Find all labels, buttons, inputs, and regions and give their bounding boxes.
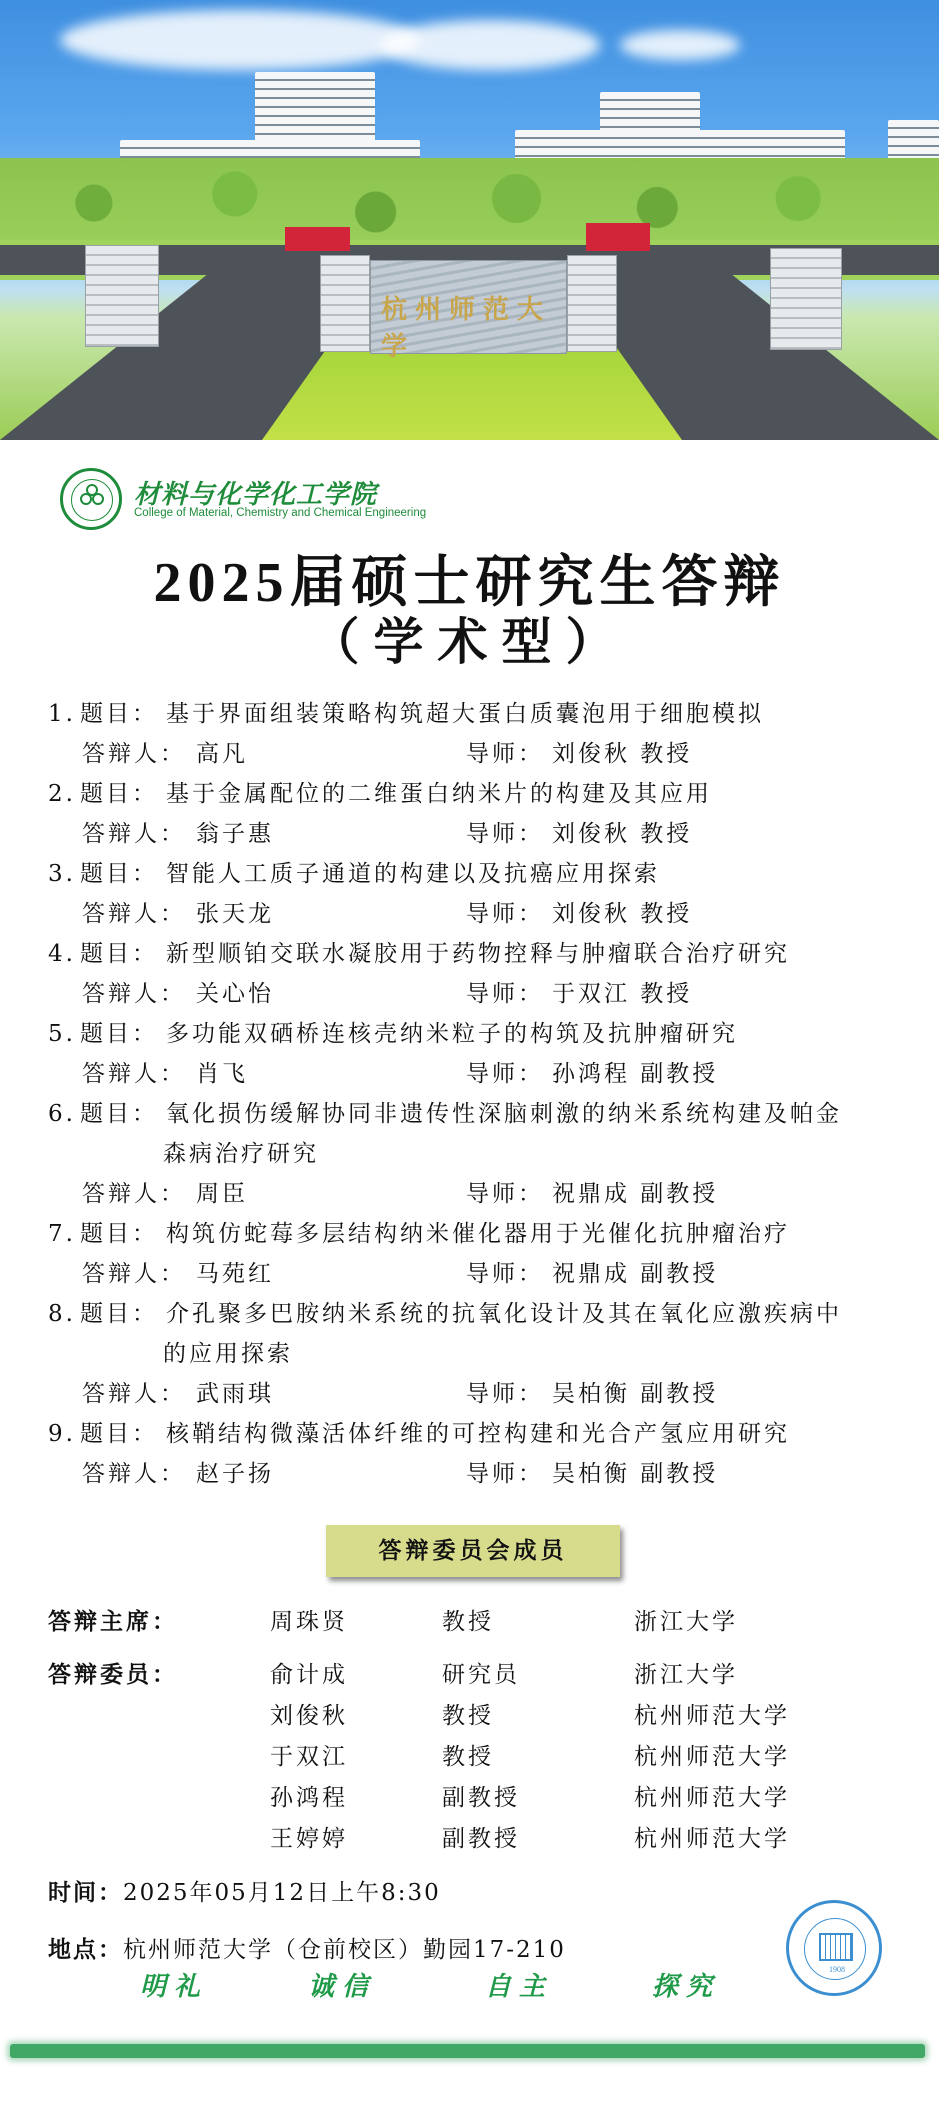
student-row: 答辩人： 马苑红 导师： 祝鼎成 副教授 xyxy=(0,1254,939,1294)
committee-member-row: 于双江 教授 杭州师范大学 xyxy=(0,1738,939,1776)
topic-label: 题目： xyxy=(80,1014,158,1054)
item-number: 4. xyxy=(48,934,76,974)
member-org: 杭州师范大学 xyxy=(634,1820,790,1858)
student-name: 张天龙 xyxy=(196,894,274,934)
committee-member-row: 刘俊秋 教授 杭州师范大学 xyxy=(0,1697,939,1735)
college-logo-rings-icon xyxy=(78,484,106,508)
topic-continuation-row: 的应用探索 xyxy=(0,1334,939,1374)
bottom-divider xyxy=(10,2044,925,2058)
topic-text: 介孔聚多巴胺纳米系统的抗氧化设计及其在氧化应激疾病中 xyxy=(166,1294,842,1334)
item-number: 8. xyxy=(48,1294,76,1334)
topic-label: 题目： xyxy=(80,774,158,814)
member-name: 俞计成 xyxy=(270,1656,348,1694)
member-name: 周珠贤 xyxy=(270,1603,348,1641)
topic-continuation-row: 森病治疗研究 xyxy=(0,1134,939,1174)
topic-text: 核鞘结构微藻活体纤维的可控构建和光合产氢应用研究 xyxy=(166,1414,790,1454)
place-label: 地点： xyxy=(48,1936,123,1963)
red-banner-left xyxy=(285,227,350,251)
chair-label: 答辩主席： xyxy=(48,1603,178,1641)
trees xyxy=(0,158,939,248)
student-label: 答辩人： xyxy=(82,1054,186,1094)
topic-row: 1. 题目： 基于界面组装策略构筑超大蛋白质囊泡用于细胞模拟 xyxy=(0,694,939,734)
topic-label: 题目： xyxy=(80,1214,158,1254)
advisor-label: 导师： xyxy=(466,1374,544,1414)
topic-label: 题目： xyxy=(80,1094,158,1134)
topic-text: 多功能双硒桥连核壳纳米粒子的构筑及抗肿瘤研究 xyxy=(166,1014,738,1054)
item-number: 5. xyxy=(48,1014,76,1054)
student-label: 答辩人： xyxy=(82,1254,186,1294)
committee-member-row: 答辩委员： 俞计成 研究员 浙江大学 xyxy=(0,1656,939,1694)
student-row: 答辩人： 高凡 导师： 刘俊秋 教授 xyxy=(0,734,939,774)
advisor-label: 导师： xyxy=(466,1454,544,1494)
seal-year: 1908 xyxy=(789,1965,885,1974)
topic-row: 8. 题目： 介孔聚多巴胺纳米系统的抗氧化设计及其在氧化应激疾病中 xyxy=(0,1294,939,1334)
item-number: 2. xyxy=(48,774,76,814)
item-number: 1. xyxy=(48,694,76,734)
advisor-name: 孙鸿程 副教授 xyxy=(552,1054,718,1094)
place-value: 杭州师范大学（仓前校区）勤园17-210 xyxy=(123,1937,566,1963)
advisor-name: 吴柏衡 副教授 xyxy=(552,1374,718,1414)
time-info: 时间：2025年05月12日上午8:30 xyxy=(48,1874,441,1907)
topic-label: 题目： xyxy=(80,854,158,894)
member-label: 答辩委员： xyxy=(48,1656,178,1694)
topic-row: 7. 题目： 构筑仿蛇莓多层结构纳米催化器用于光催化抗肿瘤治疗 xyxy=(0,1214,939,1254)
motto-word: 自主 xyxy=(485,1966,553,2003)
advisor-name: 刘俊秋 教授 xyxy=(552,734,692,774)
topic-row: 9. 题目： 核鞘结构微藻活体纤维的可控构建和光合产氢应用研究 xyxy=(0,1414,939,1454)
advisor-label: 导师： xyxy=(466,894,544,934)
item-number: 9. xyxy=(48,1414,76,1454)
topic-text-continued: 森病治疗研究 xyxy=(163,1134,319,1174)
gate-sign-text: 杭州师范大学 xyxy=(381,289,566,363)
topic-row: 2. 题目： 基于金属配位的二维蛋白纳米片的构建及其应用 xyxy=(0,774,939,814)
member-title: 教授 xyxy=(442,1697,494,1735)
place-info: 地点：杭州师范大学（仓前校区）勤园17-210 xyxy=(48,1931,566,1964)
student-name: 高凡 xyxy=(196,734,248,774)
advisor-name: 于双江 教授 xyxy=(552,974,692,1014)
topic-text: 基于金属配位的二维蛋白纳米片的构建及其应用 xyxy=(166,774,712,814)
item-number: 3. xyxy=(48,854,76,894)
topic-label: 题目： xyxy=(80,694,158,734)
student-row: 答辩人： 肖飞 导师： 孙鸿程 副教授 xyxy=(0,1054,939,1094)
advisor-name: 刘俊秋 教授 xyxy=(552,894,692,934)
advisor-label: 导师： xyxy=(466,814,544,854)
item-number: 7. xyxy=(48,1214,76,1254)
student-row: 答辩人： 武雨琪 导师： 吴柏衡 副教授 xyxy=(0,1374,939,1414)
motto-word: 明礼 xyxy=(140,1966,208,2003)
advisor-label: 导师： xyxy=(466,734,544,774)
member-name: 孙鸿程 xyxy=(270,1779,348,1817)
advisor-name: 吴柏衡 副教授 xyxy=(552,1454,718,1494)
advisor-label: 导师： xyxy=(466,1254,544,1294)
motto-word: 探究 xyxy=(652,1966,720,2003)
member-org: 杭州师范大学 xyxy=(634,1697,790,1735)
student-label: 答辩人： xyxy=(82,1374,186,1414)
student-name: 关心怡 xyxy=(196,974,274,1014)
student-name: 翁子惠 xyxy=(196,814,274,854)
time-label: 时间： xyxy=(48,1879,123,1906)
topic-text: 氧化损伤缓解协同非遗传性深脑刺激的纳米系统构建及帕金 xyxy=(166,1094,842,1134)
student-name: 肖飞 xyxy=(196,1054,248,1094)
item-number: 6. xyxy=(48,1094,76,1134)
topic-text: 智能人工质子通道的构建以及抗癌应用探索 xyxy=(166,854,660,894)
college-name-en: College of Material, Chemistry and Chemi… xyxy=(134,507,426,519)
gate-pillar-left xyxy=(85,245,159,347)
student-row: 答辩人： 张天龙 导师： 刘俊秋 教授 xyxy=(0,894,939,934)
motto-word: 诚信 xyxy=(308,1966,376,2003)
topic-label: 题目： xyxy=(80,934,158,974)
time-value: 2025年05月12日上午8:30 xyxy=(123,1880,441,1906)
committee-chair-row: 答辩主席： 周珠贤 教授 浙江大学 xyxy=(0,1603,939,1641)
student-label: 答辩人： xyxy=(82,814,186,854)
member-title: 副教授 xyxy=(442,1779,520,1817)
advisor-name: 刘俊秋 教授 xyxy=(552,814,692,854)
advisor-name: 祝鼎成 副教授 xyxy=(552,1254,718,1294)
cloud xyxy=(620,30,740,60)
defense-list: 1. 题目： 基于界面组装策略构筑超大蛋白质囊泡用于细胞模拟 答辩人： 高凡 导… xyxy=(0,694,939,1494)
student-name: 武雨琪 xyxy=(196,1374,274,1414)
student-label: 答辩人： xyxy=(82,974,186,1014)
college-name-cn: 材料与化学化工学院 xyxy=(134,474,377,511)
student-row: 答辩人： 赵子扬 导师： 吴柏衡 副教授 xyxy=(0,1454,939,1494)
topic-label: 题目： xyxy=(80,1414,158,1454)
seal-building-icon xyxy=(819,1933,853,1961)
student-row: 答辩人： 周臣 导师： 祝鼎成 副教授 xyxy=(0,1174,939,1214)
advisor-name: 祝鼎成 副教授 xyxy=(552,1174,718,1214)
student-name: 周臣 xyxy=(196,1174,248,1214)
university-seal-icon: 1908 xyxy=(786,1900,882,1996)
advisor-label: 导师： xyxy=(466,1054,544,1094)
topic-text: 基于界面组装策略构筑超大蛋白质囊泡用于细胞模拟 xyxy=(166,694,764,734)
committee-heading: 答辩委员会成员 xyxy=(326,1525,620,1577)
member-name: 王婷婷 xyxy=(270,1820,348,1858)
member-org: 浙江大学 xyxy=(634,1656,738,1694)
topic-text-continued: 的应用探索 xyxy=(163,1334,293,1374)
advisor-label: 导师： xyxy=(466,974,544,1014)
student-label: 答辩人： xyxy=(82,734,186,774)
student-row: 答辩人： 关心怡 导师： 于双江 教授 xyxy=(0,974,939,1014)
student-label: 答辩人： xyxy=(82,1174,186,1214)
student-name: 赵子扬 xyxy=(196,1454,274,1494)
gate-pillar-center-right xyxy=(567,255,617,352)
campus-gate-photo: 杭州师范大学 xyxy=(0,0,939,440)
topic-text: 构筑仿蛇莓多层结构纳米催化器用于光催化抗肿瘤治疗 xyxy=(166,1214,790,1254)
topic-label: 题目： xyxy=(80,1294,158,1334)
advisor-label: 导师： xyxy=(466,1174,544,1214)
member-org: 杭州师范大学 xyxy=(634,1738,790,1776)
student-label: 答辩人： xyxy=(82,1454,186,1494)
member-title: 教授 xyxy=(442,1738,494,1776)
student-label: 答辩人： xyxy=(82,894,186,934)
red-banner-right xyxy=(586,223,650,251)
cloud xyxy=(380,20,600,70)
topic-row: 4. 题目： 新型顺铂交联水凝胶用于药物控释与肿瘤联合治疗研究 xyxy=(0,934,939,974)
student-row: 答辩人： 翁子惠 导师： 刘俊秋 教授 xyxy=(0,814,939,854)
member-name: 刘俊秋 xyxy=(270,1697,348,1735)
committee-member-row: 王婷婷 副教授 杭州师范大学 xyxy=(0,1820,939,1858)
page-subtitle: （学术型） xyxy=(0,602,939,674)
member-title: 副教授 xyxy=(442,1820,520,1858)
topic-row: 5. 题目： 多功能双硒桥连核壳纳米粒子的构筑及抗肿瘤研究 xyxy=(0,1014,939,1054)
student-name: 马苑红 xyxy=(196,1254,274,1294)
cloud xyxy=(60,10,420,70)
gate-pillar-center-left xyxy=(320,255,370,352)
topic-row: 3. 题目： 智能人工质子通道的构建以及抗癌应用探索 xyxy=(0,854,939,894)
member-org: 浙江大学 xyxy=(634,1603,738,1641)
topic-text: 新型顺铂交联水凝胶用于药物控释与肿瘤联合治疗研究 xyxy=(166,934,790,974)
committee-member-row: 孙鸿程 副教授 杭州师范大学 xyxy=(0,1779,939,1817)
gate-pillar-right xyxy=(770,248,842,350)
member-title: 研究员 xyxy=(442,1656,520,1694)
topic-row: 6. 题目： 氧化损伤缓解协同非遗传性深脑刺激的纳米系统构建及帕金 xyxy=(0,1094,939,1134)
member-org: 杭州师范大学 xyxy=(634,1779,790,1817)
member-title: 教授 xyxy=(442,1603,494,1641)
member-name: 于双江 xyxy=(270,1738,348,1776)
gate-sign: 杭州师范大学 xyxy=(370,260,567,354)
